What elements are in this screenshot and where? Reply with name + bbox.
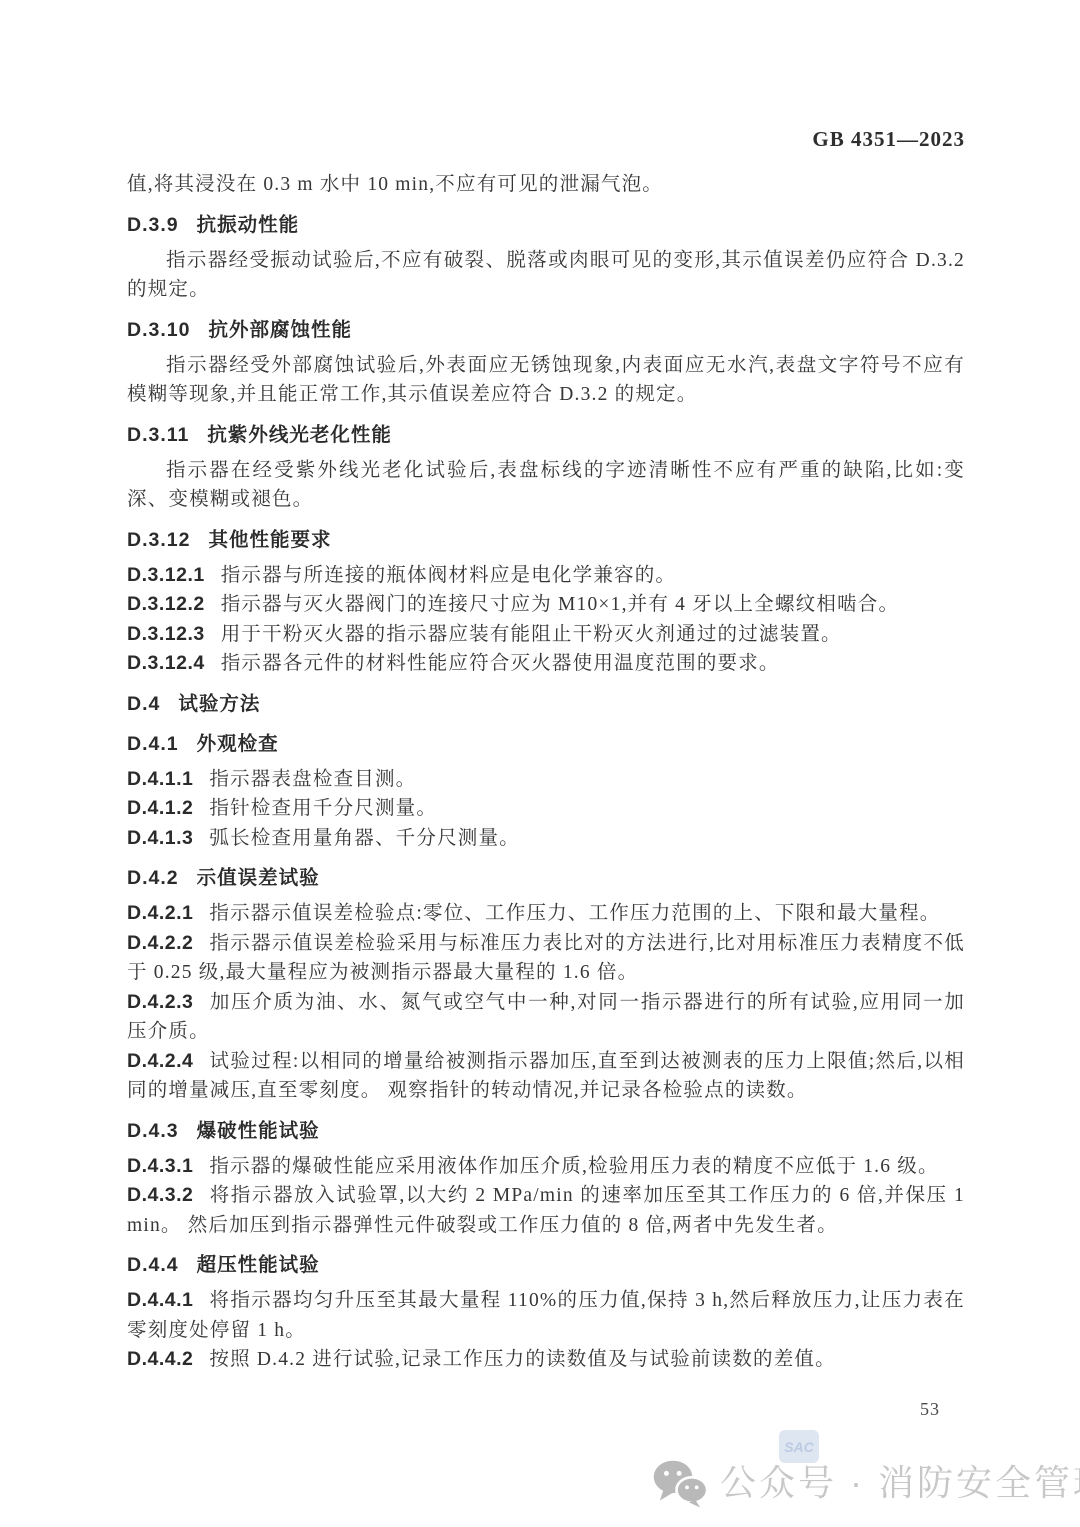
heading-number: D.4.3 (127, 1120, 179, 1142)
heading-number: D.4.4 (127, 1254, 179, 1276)
clause-paragraph: D.4.2.3加压介质为油、水、氮气或空气中一种,对同一指示器进行的所有试验,应… (127, 988, 965, 1047)
clause-paragraph: D.4.2.1指示器示值误差检验点:零位、工作压力、工作压力范围的上、下限和最大… (127, 899, 965, 929)
body-paragraph: 指示器经受外部腐蚀试验后,外表面应无锈蚀现象,内表面应无水汽,表盘文字符号不应有… (127, 351, 965, 410)
body-paragraph: 指示器在经受紫外线光老化试验后,表盘标线的字迹清晰性不应有严重的缺陷,比如:变深… (127, 456, 965, 515)
clause-text: 指示器的爆破性能应采用液体作加压介质,检验用压力表的精度不应低于 1.6 级。 (209, 1156, 938, 1177)
heading-title: 示值误差试验 (197, 867, 320, 889)
page-number: 53 (920, 1399, 940, 1420)
clause-text: 指示器示值误差检验点:零位、工作压力、工作压力范围的上、下限和最大量程。 (209, 903, 940, 924)
clause-paragraph: D.4.3.2将指示器放入试验罩,以大约 2 MPa/min 的速率加压至其工作… (127, 1181, 965, 1240)
heading-title: 抗紫外线光老化性能 (207, 424, 392, 446)
clause-paragraph: D.4.1.1指示器表盘检查目测。 (127, 765, 965, 795)
document-page: GB 4351—2023 值,将其浸没在 0.3 m 水中 10 min,不应有… (0, 0, 1080, 1527)
clause-text: 指示器表盘检查目测。 (209, 769, 416, 790)
clause-text: 将指示器均匀升压至其最大量程 110%的压力值,保持 3 h,然后释放压力,让压… (127, 1290, 965, 1341)
heading-number: D.3.11 (127, 424, 189, 446)
standard-number: GB 4351—2023 (127, 126, 965, 152)
heading-title: 抗振动性能 (197, 214, 300, 236)
section-heading: D.4.2示值误差试验 (127, 864, 965, 893)
wechat-icon (652, 1458, 708, 1508)
clause-paragraph: D.4.1.2指针检查用千分尺测量。 (127, 794, 965, 824)
clause-number: D.4.4.2 (127, 1348, 193, 1370)
clause-paragraph: D.4.4.2按照 D.4.2 进行试验,记录工作压力的读数值及与试验前读数的差… (127, 1345, 965, 1375)
section-heading: D.3.12其他性能要求 (127, 526, 965, 555)
clause-number: D.3.12.2 (127, 593, 205, 615)
watermark-label: 公众号 · 消防安全管理员 (720, 1458, 1080, 1508)
clause-text: 指针检查用千分尺测量。 (209, 798, 437, 819)
clause-number: D.4.1.1 (127, 768, 193, 790)
section-heading: D.4.1外观检查 (127, 730, 965, 759)
heading-number: D.3.12 (127, 529, 190, 551)
heading-title: 超压性能试验 (197, 1254, 320, 1276)
clause-text: 试验过程:以相同的增量给被测指示器加压,直至到达被测表的压力上限值;然后,以相同… (127, 1051, 965, 1102)
heading-title: 抗外部腐蚀性能 (208, 319, 352, 341)
clause-number: D.4.4.1 (127, 1289, 193, 1311)
clause-number: D.3.12.3 (127, 623, 205, 645)
heading-number: D.3.10 (127, 319, 190, 341)
clause-paragraph: D.3.12.1指示器与所连接的瓶体阀材料应是电化学兼容的。 (127, 561, 965, 591)
heading-number: D.3.9 (127, 214, 179, 236)
clause-number: D.4.3.2 (127, 1184, 193, 1206)
clause-text: 用于干粉灭火器的指示器应装有能阻止干粉灭火剂通过的过滤装置。 (221, 624, 842, 645)
watermark: 公众号 · 消防安全管理员 (652, 1458, 1080, 1508)
clause-number: D.4.2.4 (127, 1050, 193, 1072)
heading-title: 其他性能要求 (208, 529, 331, 551)
clause-number: D.4.1.2 (127, 797, 193, 819)
clause-paragraph: D.4.2.2指示器示值误差检验采用与标准压力表比对的方法进行,比对用标准压力表… (127, 929, 965, 988)
clause-paragraph: D.3.12.3用于干粉灭火器的指示器应装有能阻止干粉灭火剂通过的过滤装置。 (127, 620, 965, 650)
clause-paragraph: D.4.4.1将指示器均匀升压至其最大量程 110%的压力值,保持 3 h,然后… (127, 1286, 965, 1345)
body-paragraph: 值,将其浸没在 0.3 m 水中 10 min,不应有可见的泄漏气泡。 (127, 170, 965, 200)
heading-number: D.4 (127, 693, 160, 715)
clause-number: D.4.3.1 (127, 1155, 193, 1177)
heading-title: 试验方法 (178, 693, 260, 715)
clause-text: 按照 D.4.2 进行试验,记录工作压力的读数值及与试验前读数的差值。 (209, 1349, 835, 1370)
body-paragraph: 指示器经受振动试验后,不应有破裂、脱落或肉眼可见的变形,其示值误差仍应符合 D.… (127, 246, 965, 305)
clause-text: 指示器与所连接的瓶体阀材料应是电化学兼容的。 (221, 565, 676, 586)
heading-number: D.4.2 (127, 867, 179, 889)
section-heading: D.4试验方法 (127, 690, 965, 719)
clause-text: 加压介质为油、水、氮气或空气中一种,对同一指示器进行的所有试验,应用同一加压介质… (127, 992, 965, 1043)
heading-title: 外观检查 (197, 733, 279, 755)
section-heading: D.3.10抗外部腐蚀性能 (127, 316, 965, 345)
heading-title: 爆破性能试验 (197, 1120, 320, 1142)
clause-text: 指示器示值误差检验采用与标准压力表比对的方法进行,比对用标准压力表精度不低于 0… (127, 933, 965, 984)
clause-text: 指示器各元件的材料性能应符合灭火器使用温度范围的要求。 (221, 653, 780, 674)
document-blocks: 值,将其浸没在 0.3 m 水中 10 min,不应有可见的泄漏气泡。D.3.9… (127, 170, 965, 1375)
clause-number: D.4.1.3 (127, 827, 193, 849)
clause-paragraph: D.4.1.3弧长检查用量角器、千分尺测量。 (127, 824, 965, 854)
clause-number: D.4.2.3 (127, 991, 193, 1013)
clause-number: D.3.12.4 (127, 652, 205, 674)
heading-number: D.4.1 (127, 733, 179, 755)
clause-number: D.4.2.2 (127, 932, 193, 954)
section-heading: D.3.11抗紫外线光老化性能 (127, 421, 965, 450)
clause-paragraph: D.3.12.4指示器各元件的材料性能应符合灭火器使用温度范围的要求。 (127, 649, 965, 679)
document-content: GB 4351—2023 值,将其浸没在 0.3 m 水中 10 min,不应有… (127, 126, 965, 1375)
section-heading: D.4.3爆破性能试验 (127, 1117, 965, 1146)
clause-text: 将指示器放入试验罩,以大约 2 MPa/min 的速率加压至其工作压力的 6 倍… (127, 1185, 965, 1236)
clause-text: 弧长检查用量角器、千分尺测量。 (209, 828, 520, 849)
section-heading: D.3.9抗振动性能 (127, 211, 965, 240)
clause-paragraph: D.4.3.1指示器的爆破性能应采用液体作加压介质,检验用压力表的精度不应低于 … (127, 1152, 965, 1182)
clause-paragraph: D.3.12.2指示器与灭火器阀门的连接尺寸应为 M10×1,并有 4 牙以上全… (127, 590, 965, 620)
clause-paragraph: D.4.2.4试验过程:以相同的增量给被测指示器加压,直至到达被测表的压力上限值… (127, 1047, 965, 1106)
clause-text: 指示器与灭火器阀门的连接尺寸应为 M10×1,并有 4 牙以上全螺纹相啮合。 (221, 594, 899, 615)
clause-number: D.4.2.1 (127, 902, 193, 924)
clause-number: D.3.12.1 (127, 564, 205, 586)
section-heading: D.4.4超压性能试验 (127, 1251, 965, 1280)
